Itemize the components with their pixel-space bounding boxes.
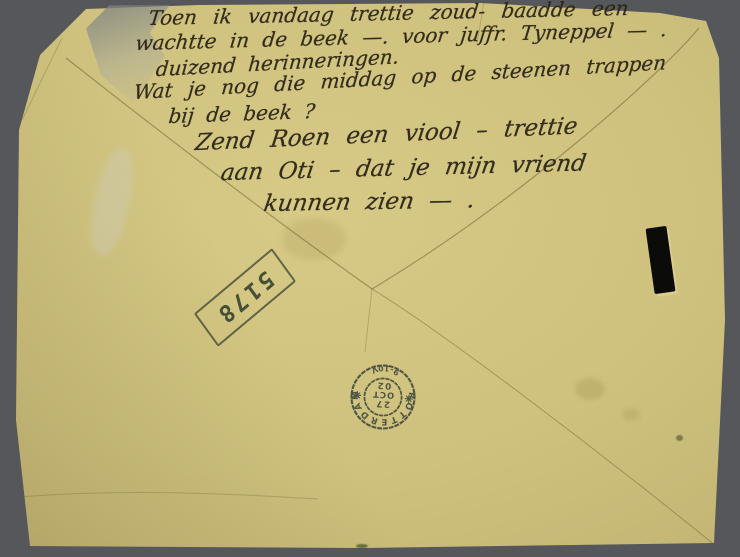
bottom-left-crease [18,493,318,499]
paper-stain [575,378,605,400]
rotterdam-postmark: ROTTERDAM 9-10V 27 OCT 02 [331,345,436,450]
paper-stain [622,408,640,421]
paper-stain [282,218,346,260]
postmark-star-right-icon [353,391,360,398]
photo-background: { "photo": { "background_color": "#56575… [0,0,740,557]
apex-crease [365,289,372,352]
postmark-time-text: 9-10V [368,362,401,377]
paper-speck [356,544,368,548]
handwriting-line: kunnen zien — . [262,187,477,217]
paper-speck [676,435,683,441]
corner-crease [22,38,62,120]
svg-text:9-10V: 9-10V [368,362,401,377]
postmark-year-text: 02 [376,380,392,391]
photo-stage: Toen ik vandaag trettie zoud- baadde een… [0,0,740,557]
postmark-star-left-icon [405,395,412,402]
